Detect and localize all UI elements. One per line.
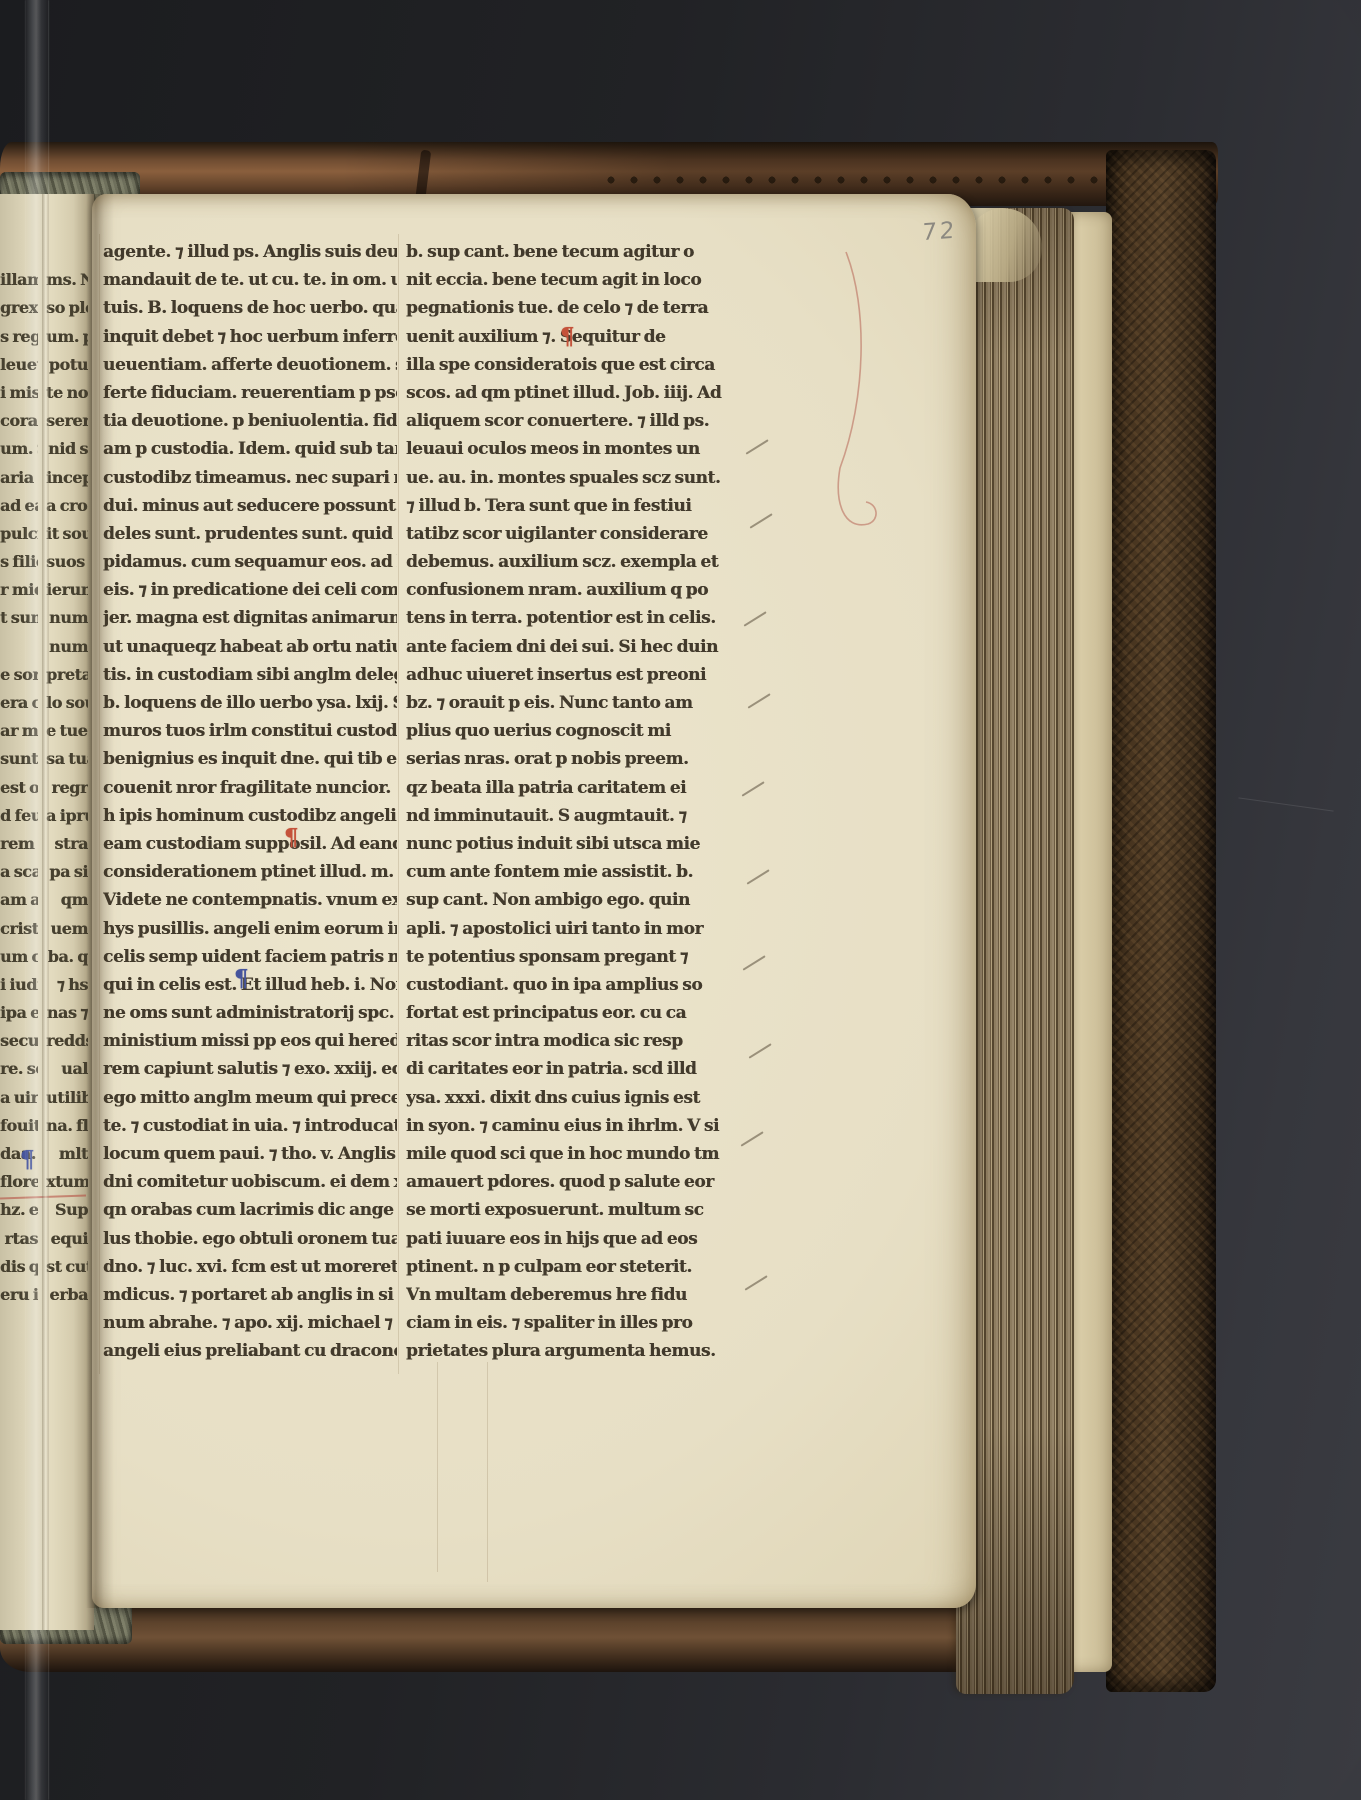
pen-flourish bbox=[744, 611, 767, 626]
text-line: amauert pdores. quod p salute eor bbox=[406, 1168, 742, 1196]
text-fragment: redds bbox=[46, 1027, 88, 1055]
text-line: plius quo uerius cognoscit mi bbox=[406, 717, 742, 745]
text-line: serias nras. orat p nobis preem. bbox=[406, 745, 742, 773]
text-fragment: num bbox=[46, 633, 88, 661]
text-fragment: regr bbox=[46, 774, 88, 802]
text-line: ut unaqueqz habeat ab ortu natiuita bbox=[103, 633, 397, 661]
text-fragment: uem bbox=[46, 915, 88, 943]
ruling-line bbox=[487, 1362, 488, 1582]
text-fragment: nas ⁊ bbox=[46, 999, 88, 1027]
text-fragment: mlt bbox=[46, 1140, 88, 1168]
text-line: tuis. B. loquens de hoc uerbo. quam bbox=[103, 294, 397, 322]
ruling-line bbox=[99, 234, 100, 1374]
text-line: celis semp uident faciem patris mei bbox=[103, 943, 397, 971]
text-line: eis. ⁊ in predicatione dei celi comorabi… bbox=[103, 576, 397, 604]
pen-flourish bbox=[749, 1043, 772, 1058]
text-fragment: a croat bbox=[46, 492, 88, 520]
text-line: cum ante fontem mie assistit. b. bbox=[406, 858, 742, 886]
text-fragment: utilib bbox=[46, 1084, 88, 1112]
text-line: num abrahe. ⁊ apo. xij. michael ⁊ bbox=[103, 1309, 397, 1337]
text-line: confusionem nram. auxilium q po bbox=[406, 576, 742, 604]
text-line: inquit debet ⁊ hoc uerbum inferre bbox=[103, 323, 397, 351]
pen-flourish bbox=[741, 1131, 764, 1146]
text-column-left: agente. ⁊ illud ps. Anglis suis deusmand… bbox=[103, 238, 397, 1366]
text-fragment: erba bbox=[46, 1281, 88, 1309]
text-line: adhuc uiueret insertus est preoni bbox=[406, 661, 742, 689]
text-line: debemus. auxilium scz. exempla et bbox=[406, 548, 742, 576]
text-fragment bbox=[46, 1337, 88, 1365]
text-line: fortat est principatus eor. cu ca bbox=[406, 999, 742, 1027]
text-fragment: e tue. bbox=[46, 717, 88, 745]
text-line: ante faciem dni dei sui. Si hec duin bbox=[406, 633, 742, 661]
text-fragment: so ple bbox=[46, 294, 88, 322]
text-line: prietates plura argumenta hemus. bbox=[406, 1337, 742, 1365]
text-line: qz beata illa patria caritatem ei bbox=[406, 774, 742, 802]
text-line: Videte ne contempnatis. vnum ex bbox=[103, 886, 397, 914]
text-fragment: stra bbox=[46, 830, 88, 858]
text-fragment: na. fl bbox=[46, 1112, 88, 1140]
text-line: pati iuuare eos in hijs que ad eos bbox=[406, 1225, 742, 1253]
text-line: qui in celis est. Et illud heb. i. Non bbox=[103, 971, 397, 999]
text-fragment: a ipru bbox=[46, 802, 88, 830]
text-line: ysa. xxxi. dixit dns cuius ignis est bbox=[406, 1084, 742, 1112]
text-line: ferte fiduciam. reuerentiam p psen bbox=[103, 379, 397, 407]
text-line: mandauit de te. ut cu. te. in om. uijs bbox=[103, 266, 397, 294]
text-line: couenit nror fragilitate nuncior. bbox=[103, 774, 397, 802]
text-line: illa spe consideratois que est circa bbox=[406, 351, 742, 379]
ruling-line bbox=[398, 234, 399, 1374]
text-line: te potentius sponsam pregant ⁊ bbox=[406, 943, 742, 971]
text-line: tia deuotione. p beniuolentia. fidu bbox=[103, 407, 397, 435]
binding-bottom-edge bbox=[0, 1600, 1105, 1672]
text-line: muros tuos irlm constitui custodes. bbox=[103, 717, 397, 745]
text-line: agente. ⁊ illud ps. Anglis suis deus bbox=[103, 238, 397, 266]
text-fragment: num bbox=[46, 604, 88, 632]
text-fragment: preta bbox=[46, 661, 88, 689]
text-line: dno. ⁊ luc. xvi. fcm est ut moreret bbox=[103, 1253, 397, 1281]
parchment-page: agente. ⁊ illud ps. Anglis suis deusmand… bbox=[92, 194, 976, 1608]
manuscript-photo: illamgrex.s regleueti misercoramum. Sari… bbox=[0, 0, 1361, 1800]
text-line: considerationem ptinet illud. m. xviij. bbox=[103, 858, 397, 886]
text-line: lus thobie. ego obtuli oronem tua bbox=[103, 1225, 397, 1253]
text-line: dui. minus aut seducere possunt. fi bbox=[103, 492, 397, 520]
text-fragment: incep bbox=[46, 464, 88, 492]
back-cover-leather bbox=[1106, 150, 1216, 1692]
text-line: pegnationis tue. de celo ⁊ de terra bbox=[406, 294, 742, 322]
ruling-line bbox=[437, 1362, 438, 1572]
pen-flourish bbox=[743, 955, 766, 970]
paraph-mark: ¶ bbox=[560, 323, 575, 350]
text-line: in syon. ⁊ caminu eius in ihrlm. V si bbox=[406, 1112, 742, 1140]
text-line: custodiant. quo in ipa amplius so bbox=[406, 971, 742, 999]
page-holder-rod bbox=[26, 0, 48, 1800]
text-fragment: sa tua bbox=[46, 745, 88, 773]
pen-flourish bbox=[750, 513, 773, 528]
text-fragment: te nole bbox=[46, 379, 88, 407]
text-line: dni comitetur uobiscum. ei dem xij. bbox=[103, 1168, 397, 1196]
text-line: jer. magna est dignitas animarum bbox=[103, 604, 397, 632]
text-fragment: nid s bbox=[46, 435, 88, 463]
text-fragment: potu bbox=[46, 351, 88, 379]
text-fragment: lo soul bbox=[46, 689, 88, 717]
text-line: ptinent. n p culpam eor steterit. bbox=[406, 1253, 742, 1281]
text-line: ministium missi pp eos qui heredita bbox=[103, 1027, 397, 1055]
text-line: hys pusillis. angeli enim eorum in bbox=[103, 915, 397, 943]
text-line: scos. ad qm ptinet illud. Job. iiij. Ad bbox=[406, 379, 742, 407]
text-line: sup cant. Non ambigo ego. quin bbox=[406, 886, 742, 914]
text-fragment: equi bbox=[46, 1225, 88, 1253]
text-fragment: ierunt bbox=[46, 576, 88, 604]
text-line: bz. ⁊ orauit p eis. Nunc tanto am bbox=[406, 689, 742, 717]
text-line: ego mitto anglm meum qui precedat bbox=[103, 1084, 397, 1112]
paraph-mark: ¶ bbox=[284, 824, 299, 851]
pen-flourish bbox=[746, 439, 769, 454]
text-line: leuaui oculos meos in montes un bbox=[406, 435, 742, 463]
text-fragment: serer bbox=[46, 407, 88, 435]
text-line: custodibz timeamus. nec supari nec se bbox=[103, 464, 397, 492]
text-line: nd imminutauit. S augmtauit. ⁊ bbox=[406, 802, 742, 830]
text-fragment: suos st bbox=[46, 548, 88, 576]
text-line: ⁊ illud b. Tera sunt que in festiui bbox=[406, 492, 742, 520]
text-line: te. ⁊ custodiat in uia. ⁊ introducat ad bbox=[103, 1112, 397, 1140]
text-fragment: xtum bbox=[46, 1168, 88, 1196]
text-line: nit eccia. bene tecum agit in loco bbox=[406, 266, 742, 294]
text-line: ueuentiam. afferte deuotionem. so bbox=[103, 351, 397, 379]
text-line: eam custodiam supposil. Ad eande bbox=[103, 830, 397, 858]
text-fragment: ual bbox=[46, 1055, 88, 1083]
text-line: rem capiunt salutis ⁊ exo. xxiij. ecce bbox=[103, 1055, 397, 1083]
text-fragment: qm bbox=[46, 886, 88, 914]
text-fragment: ⁊ hs bbox=[46, 971, 88, 999]
text-line: aliquem scor conuertere. ⁊ illd ps. bbox=[406, 407, 742, 435]
text-fragment: it soud bbox=[46, 520, 88, 548]
text-fragment bbox=[46, 238, 88, 266]
text-line: mile quod sci que in hoc mundo tm bbox=[406, 1140, 742, 1168]
text-line: nunc potius induit sibi utsca mie bbox=[406, 830, 742, 858]
text-line: mdicus. ⁊ portaret ab anglis in si bbox=[103, 1281, 397, 1309]
text-line: Vn multam deberemus hre fidu bbox=[406, 1281, 742, 1309]
text-fragment: st cut bbox=[46, 1253, 88, 1281]
text-line: tens in terra. potentior est in celis. bbox=[406, 604, 742, 632]
text-line: b. loquens de illo uerbo ysa. lxij. Su bbox=[103, 689, 397, 717]
text-line: benignius es inquit dne. qui tib es bbox=[103, 745, 397, 773]
text-fragment: ms. No bbox=[46, 266, 88, 294]
text-line: se morti exposuerunt. multum sc bbox=[406, 1196, 742, 1224]
text-line: locum quem paui. ⁊ tho. v. Anglis bbox=[103, 1140, 397, 1168]
text-line: di caritates eor in patria. scd illd bbox=[406, 1055, 742, 1083]
text-line: angeli eius preliabant cu dracone bbox=[103, 1337, 397, 1365]
text-fragment: pa si bbox=[46, 858, 88, 886]
text-line: apli. ⁊ apostolici uiri tanto in mor bbox=[406, 915, 742, 943]
text-line: b. sup cant. bene tecum agitur o bbox=[406, 238, 742, 266]
paraph-mark: ¶ bbox=[234, 965, 249, 992]
text-fragment: ba. q bbox=[46, 943, 88, 971]
text-line: am p custodia. Idem. quid sub tamil bbox=[103, 435, 397, 463]
text-line: tatibz scor uigilanter considerare bbox=[406, 520, 742, 548]
text-line: ciam in eis. ⁊ spaliter in illes pro bbox=[406, 1309, 742, 1337]
text-column-right: b. sup cant. bene tecum agitur onit ecci… bbox=[406, 238, 742, 1366]
pen-flourish bbox=[742, 781, 765, 796]
text-fragment bbox=[46, 1309, 88, 1337]
pen-flourish bbox=[748, 693, 771, 708]
text-line: qn orabas cum lacrimis dic ange bbox=[103, 1196, 397, 1224]
pen-flourish bbox=[747, 869, 770, 884]
text-fragment: Sup bbox=[46, 1196, 88, 1224]
text-line: h ipis hominum custodibz angeli bbox=[103, 802, 397, 830]
background-scratch bbox=[1238, 797, 1333, 811]
text-line: pidamus. cum sequamur eos. ad heream bbox=[103, 548, 397, 576]
text-line: tis. in custodiam sibi anglm delegatu. bbox=[103, 661, 397, 689]
text-fragment: um. ps bbox=[46, 323, 88, 351]
text-line: ne oms sunt administratorij spc. i bbox=[103, 999, 397, 1027]
text-line: ue. au. in. montes spuales scz sunt. bbox=[406, 464, 742, 492]
red-margin-squiggle bbox=[828, 238, 988, 568]
text-line: deles sunt. prudentes sunt. quid tre bbox=[103, 520, 397, 548]
pen-flourish bbox=[745, 1275, 768, 1290]
text-line: ritas scor intra modica sic resp bbox=[406, 1027, 742, 1055]
